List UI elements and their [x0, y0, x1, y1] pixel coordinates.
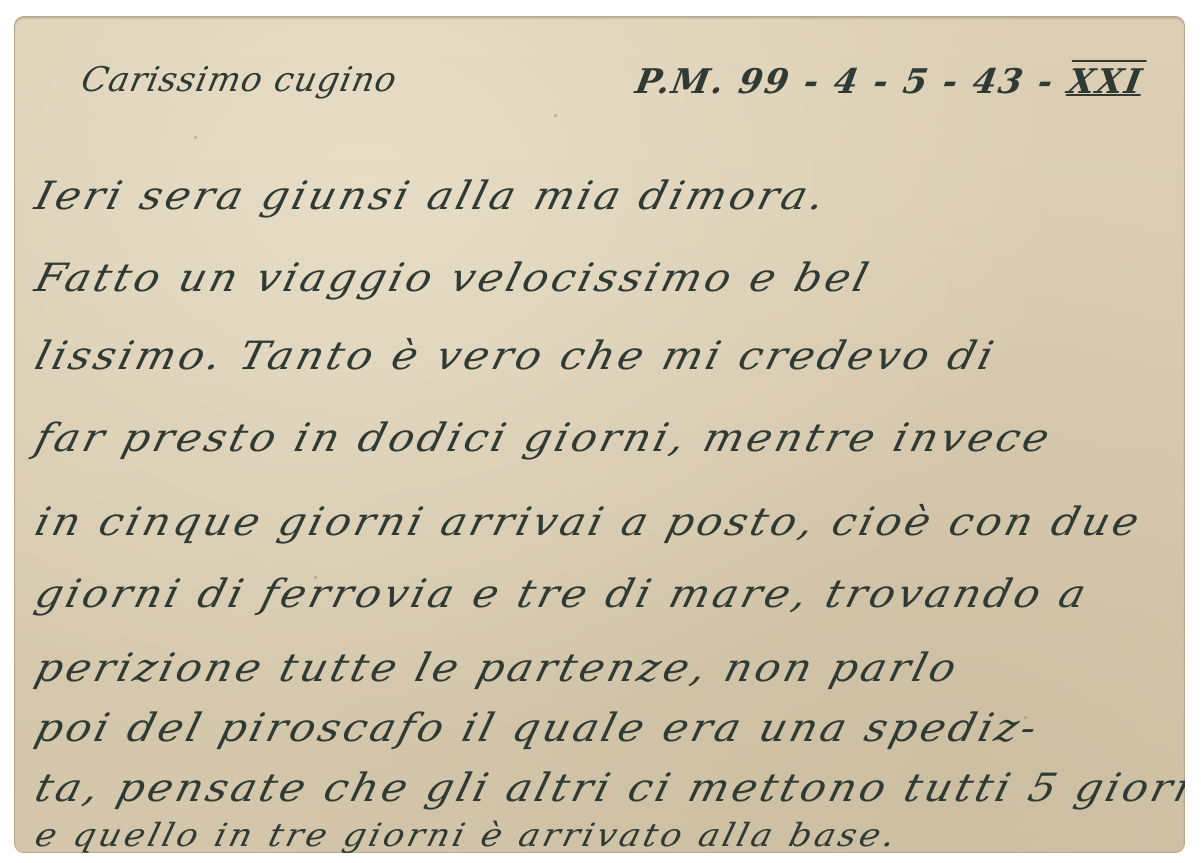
postcard: Carissimo cugino P.M. 99 - 4 - 5 - 43 - …	[14, 16, 1185, 853]
body-line: far presto in dodici giorni, mentre inve…	[30, 416, 1057, 461]
paper-speck	[194, 136, 197, 139]
body-line: giorni di ferrovia e tre di mare, trovan…	[30, 572, 1093, 617]
body-line: perizione tutte le partenze, non parlo	[30, 646, 963, 691]
body-line: lissimo. Tanto è vero che mi credevo di	[30, 334, 1001, 379]
body-line: in cinque giorni arrivai a posto, cioè c…	[30, 500, 1146, 545]
dateline-text: P.M. 99 - 4 - 5 - 43 -	[632, 62, 1071, 102]
paper-speck	[554, 114, 557, 117]
body-line: ta, pensate che gli altri ci mettono tut…	[30, 766, 1185, 811]
body-line: e quello in tre giorni è arrivato alla b…	[31, 816, 902, 853]
salutation: Carissimo cugino	[78, 60, 401, 100]
body-line: Ieri sera giunsi alla mia dimora.	[30, 174, 832, 219]
dateline-era: XXI	[1065, 62, 1147, 102]
body-line: poi del piroscafo il quale era una spedi…	[30, 706, 1044, 751]
body-line: Fatto un viaggio velocissimo e bel	[30, 256, 875, 301]
dateline: P.M. 99 - 4 - 5 - 43 - XXI	[632, 62, 1146, 102]
